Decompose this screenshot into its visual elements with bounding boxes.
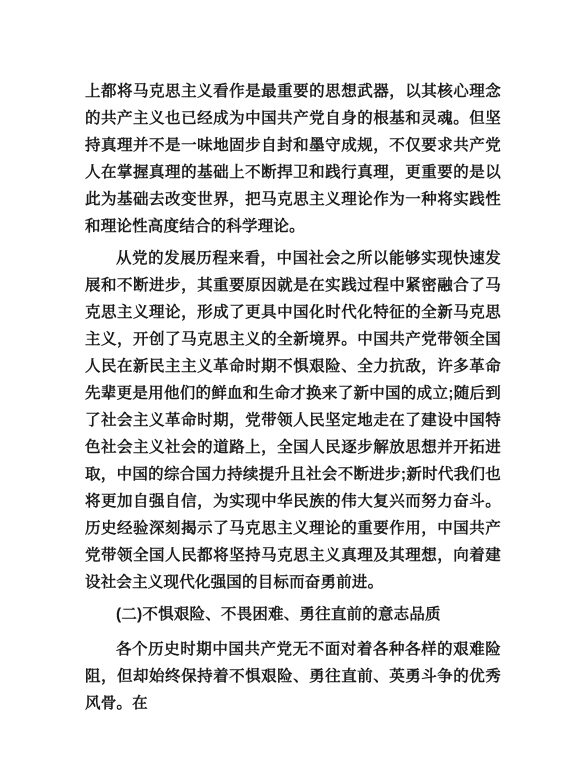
document-screenshot: { "page": { "background": "#ffffff", "te…	[0, 0, 586, 759]
document-text-block: 上都将马克思主义看作是最重要的思想武器，以其核心理念的共产主义也已经成为中国共产…	[85, 78, 501, 717]
body-paragraph: 各个历史时期中国共产党无不面对着各种各样的艰难险阻，但却始终保持着不惧艰险、勇往…	[85, 636, 501, 717]
section-heading: (二)不惧艰险、不畏困难、勇往直前的意志品质	[85, 601, 501, 628]
body-paragraph-continuation: 上都将马克思主义看作是最重要的思想武器，以其核心理念的共产主义也已经成为中国共产…	[85, 78, 501, 240]
document-page: 上都将马克思主义看作是最重要的思想武器，以其核心理念的共产主义也已经成为中国共产…	[0, 0, 586, 759]
body-paragraph: 从党的发展历程来看，中国社会之所以能够实现快速发展和不断进步，其重要原因就是在实…	[85, 245, 501, 596]
